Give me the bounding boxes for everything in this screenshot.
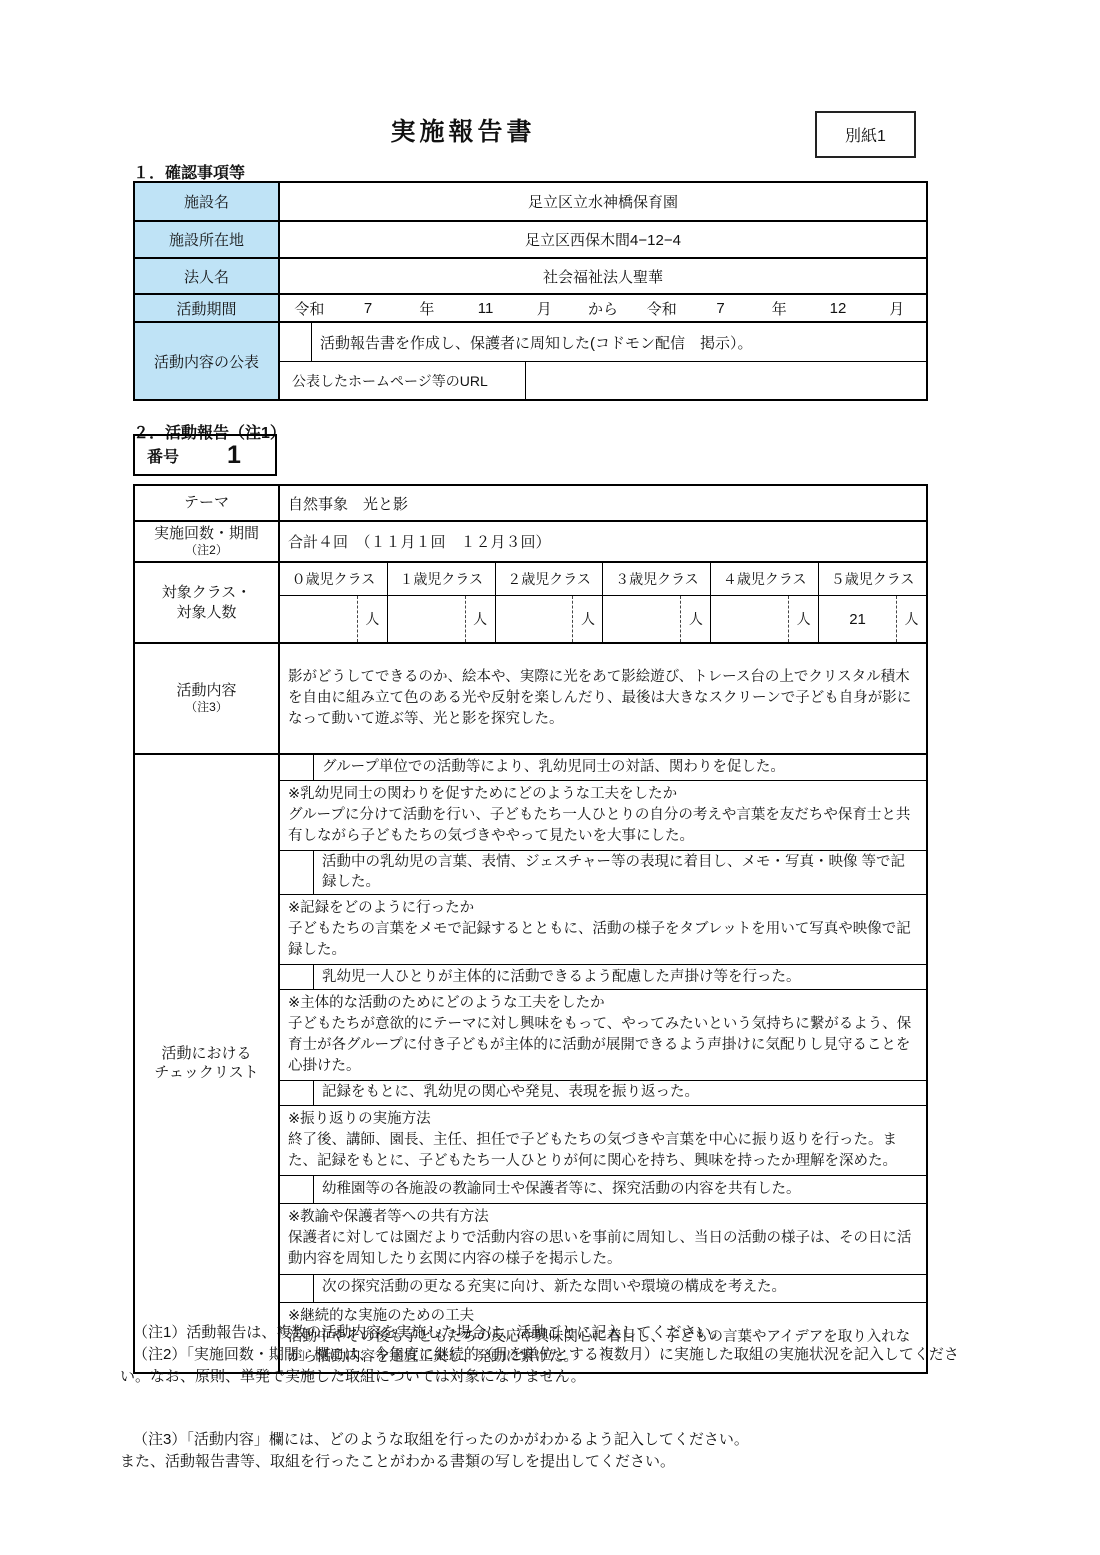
period-kara: から	[574, 298, 633, 319]
class-numbers-row: 人 人 人 人 人	[280, 595, 926, 642]
class-header-row: ０歳児クラス １歳児クラス ２歳児クラス ３歳児クラス ４歳児クラス ５歳児クラ…	[280, 563, 926, 595]
note-heading: ※教諭や保護者等への共有方法	[288, 1207, 918, 1228]
content-value: 影がどうしてできるのか、絵本や、実際に光をあて影絵遊び、トレース台の上でクリスタ…	[280, 644, 926, 753]
page-title: 実施報告書	[133, 112, 793, 148]
checklist-item-6: 次の探究活動の更なる充実に向け、新たな問いや環境の構成を考えた。	[280, 1274, 926, 1302]
checklist-item-5: 幼稚園等の各施設の教諭同士や保護者等に、探究活動の内容を共有した。	[280, 1175, 926, 1203]
section1-heading: １．確認事項等	[133, 160, 245, 183]
class-header-0: ０歳児クラス	[280, 563, 387, 595]
footnote-gap	[120, 1387, 985, 1429]
corporation-name-label: 法人名	[135, 259, 280, 293]
class-count-3	[603, 596, 680, 642]
count-value: 合計４回 （１１月１回 １２月３回）	[280, 522, 926, 561]
target-label: 対象クラス・ 対象人数	[135, 563, 280, 642]
publication-method-row: 活動報告書を作成し、保護者に周知した(コドモン配信 掲示）。	[280, 323, 926, 361]
note-body: グループに分けて活動を行い、子どもたち一人ひとりの自分の考えや言葉を友だちや保育…	[288, 805, 918, 846]
activity-period-label: 活動期間	[135, 295, 280, 321]
facility-name-value: 足立区立水神橋保育園	[280, 183, 926, 220]
activity-period-value: 令和 7 年 11 月 から 令和 7 年 12 月	[280, 295, 926, 321]
checklist-item-text: 記録をもとに、乳幼児の関心や発見、表現を振り返った。	[314, 1081, 926, 1105]
facility-address-row: 施設所在地 足立区西保木間4−12−4	[135, 220, 926, 257]
footnotes: （注1）活動報告は、複数の活動内容を実施した場合は、活動ごとに記入してください。…	[120, 1322, 985, 1473]
checklist-item-text: 幼稚園等の各施設の教諭同士や保護者等に、探究活動の内容を共有した。	[314, 1176, 926, 1203]
checklist-note-1: ※乳幼児同士の関わりを促すためにどのような工夫をしたか グループに分けて活動を行…	[280, 780, 926, 850]
corporation-name-row: 法人名 社会福祉法人聖華	[135, 257, 926, 293]
content-label-note: （注3）	[185, 700, 228, 716]
corporation-name-value: 社会福祉法人聖華	[280, 259, 926, 293]
class-count-1	[388, 596, 465, 642]
period-era-end: 令和	[632, 298, 691, 319]
publication-right: 活動報告書を作成し、保護者に周知した(コドモン配信 掲示）。 公表したホームペー…	[280, 323, 926, 399]
theme-value: 自然事象 光と影	[280, 486, 926, 520]
checklist-note-2: ※記録をどのように行ったか 子どもたちの言葉をメモで記録するとともに、活動の様子…	[280, 894, 926, 964]
checkbox-cell	[280, 965, 314, 989]
target-label-line1: 対象クラス・	[162, 583, 252, 603]
checkbox-cell	[280, 1176, 314, 1203]
publication-checkbox-cell	[280, 323, 312, 361]
note-body: 子どもたちの言葉をメモで記録するとともに、活動の様子をタブレットを用いて写真や映…	[288, 919, 918, 960]
publication-url-value	[526, 362, 926, 399]
publication-url-label: 公表したホームページ等のURL	[280, 362, 526, 399]
checklist-label-line2: チェックリスト	[154, 1063, 258, 1083]
note-body: 保護者に対しては園だよりで活動内容の思いを事前に周知し、当日の活動の様子は、その…	[288, 1228, 918, 1269]
facility-address-value: 足立区西保木間4−12−4	[280, 222, 926, 257]
checklist-item-3: 乳幼児一人ひとりが主体的に活動できるよう配慮した声掛け等を行った。	[280, 964, 926, 989]
footnote-3: （注3）「活動内容」欄には、どのような取組を行ったのかがわかるよう記入してくださ…	[120, 1429, 985, 1451]
checklist-item-text: グループ単位での活動等により、乳幼児同士の対話、関わりを促した。	[314, 755, 926, 780]
period-year-end: 7	[691, 300, 750, 317]
class-unit-2: 人	[572, 596, 602, 642]
note-heading: ※主体的な活動のためにどのような工夫をしたか	[288, 993, 918, 1014]
count-label: 実施回数・期間 （注2）	[135, 522, 280, 561]
class-count-4	[711, 596, 788, 642]
footnote-3b: また、活動報告書等、取組を行ったことがわかる書類の写しを提出してください。	[120, 1451, 985, 1473]
checklist-row: 活動における チェックリスト グループ単位での活動等により、乳幼児同士の対話、関…	[135, 753, 926, 1372]
facility-name-row: 施設名 足立区立水神橋保育園	[135, 183, 926, 220]
target-grid: ０歳児クラス １歳児クラス ２歳児クラス ３歳児クラス ４歳児クラス ５歳児クラ…	[280, 563, 926, 642]
facility-name-label: 施設名	[135, 183, 280, 220]
period-year-start: 7	[339, 300, 398, 317]
class-header-3: ３歳児クラス	[602, 563, 710, 595]
class-count-cell-4: 人	[710, 596, 818, 642]
checklist-item-2: 活動中の乳幼児の言葉、表情、ジェスチャー等の表現に着目し、メモ・写真・映像 等で…	[280, 850, 926, 894]
period-era-start: 令和	[280, 298, 339, 319]
period-month-unit-start: 月	[515, 298, 574, 319]
publication-row: 活動内容の公表 活動報告書を作成し、保護者に周知した(コドモン配信 掲示）。 公…	[135, 321, 926, 399]
period-year-unit-start: 年	[397, 298, 456, 319]
theme-label: テーマ	[135, 486, 280, 520]
class-header-2: ２歳児クラス	[495, 563, 603, 595]
class-count-cell-3: 人	[602, 596, 710, 642]
note-body: 子どもたちが意欲的にテーマに対し興味をもって、やってみたいという気持ちに繋がるよ…	[288, 1014, 918, 1076]
note-heading: ※乳幼児同士の関わりを促すためにどのような工夫をしたか	[288, 784, 918, 805]
confirmation-table: 施設名 足立区立水神橋保育園 施設所在地 足立区西保木間4−12−4 法人名 社…	[133, 181, 928, 401]
checkbox-cell	[280, 1081, 314, 1105]
content-row: 活動内容 （注3） 影がどうしてできるのか、絵本や、実際に光をあて影絵遊び、トレ…	[135, 642, 926, 753]
checklist-item-text: 活動中の乳幼児の言葉、表情、ジェスチャー等の表現に着目し、メモ・写真・映像 等で…	[314, 851, 926, 894]
class-count-0	[280, 596, 357, 642]
count-label-note: （注2）	[185, 543, 228, 559]
class-header-5: ５歳児クラス	[818, 563, 926, 595]
checklist-item-text: 次の探究活動の更なる充実に向け、新たな問いや環境の構成を考えた。	[314, 1275, 926, 1302]
note-heading: ※振り返りの実施方法	[288, 1109, 918, 1130]
attachment-tag-box: 別紙1	[815, 111, 916, 158]
class-unit-5: 人	[896, 596, 926, 642]
footnote-1: （注1）活動報告は、複数の活動内容を実施した場合は、活動ごとに記入してください。	[120, 1322, 985, 1344]
report-page: 実施報告書 別紙1 １．確認事項等 施設名 足立区立水神橋保育園 施設所在地 足…	[0, 0, 1100, 1555]
number-box: 番号 1	[133, 434, 277, 476]
class-header-4: ４歳児クラス	[710, 563, 818, 595]
period-year-unit-end: 年	[750, 298, 809, 319]
checklist-item-text: 乳幼児一人ひとりが主体的に活動できるよう配慮した声掛け等を行った。	[314, 965, 926, 989]
number-label: 番号	[147, 444, 179, 467]
note-body: 終了後、講師、園長、主任、担任で子どもたちの気づきや言葉を中心に振り返りを行った…	[288, 1130, 918, 1171]
period-month-start: 11	[456, 300, 515, 317]
note-heading: ※記録をどのように行ったか	[288, 898, 918, 919]
target-label-line2: 対象人数	[176, 603, 236, 623]
count-row: 実施回数・期間 （注2） 合計４回 （１１月１回 １２月３回）	[135, 520, 926, 561]
class-count-cell-2: 人	[495, 596, 603, 642]
class-header-1: １歳児クラス	[387, 563, 495, 595]
class-unit-1: 人	[465, 596, 495, 642]
checkbox-cell	[280, 851, 314, 894]
checklist-label-line1: 活動における	[161, 1044, 251, 1064]
footnote-2: （注2）「実施回数・期間」欄には、今年度に継続的（月を単位とする複数月）に実施し…	[120, 1344, 985, 1388]
class-count-5: 21	[819, 596, 896, 642]
checkbox-cell	[280, 755, 314, 780]
content-label: 活動内容 （注3）	[135, 644, 280, 753]
period-month-end: 12	[809, 300, 868, 317]
checklist-note-4: ※振り返りの実施方法 終了後、講師、園長、主任、担任で子どもたちの気づきや言葉を…	[280, 1105, 926, 1175]
activity-report-table: テーマ 自然事象 光と影 実施回数・期間 （注2） 合計４回 （１１月１回 １２…	[133, 484, 928, 1374]
activity-period-row: 活動期間 令和 7 年 11 月 から 令和 7 年 12 月	[135, 293, 926, 321]
content-label-main: 活動内容	[176, 681, 236, 701]
class-count-cell-0: 人	[280, 596, 387, 642]
checklist-note-5: ※教諭や保護者等への共有方法 保護者に対しては園だよりで活動内容の思いを事前に周…	[280, 1203, 926, 1273]
number-value: 1	[227, 441, 241, 470]
publication-url-row: 公表したホームページ等のURL	[280, 361, 926, 399]
target-row: 対象クラス・ 対象人数 ０歳児クラス １歳児クラス ２歳児クラス ３歳児クラス …	[135, 561, 926, 642]
class-count-cell-5: 21 人	[818, 596, 926, 642]
facility-address-label: 施設所在地	[135, 222, 280, 257]
theme-row: テーマ 自然事象 光と影	[135, 486, 926, 520]
period-month-unit-end: 月	[867, 298, 926, 319]
class-unit-3: 人	[680, 596, 710, 642]
publication-method-text: 活動報告書を作成し、保護者に周知した(コドモン配信 掲示）。	[312, 323, 926, 361]
checklist-item-4: 記録をもとに、乳幼児の関心や発見、表現を振り返った。	[280, 1080, 926, 1105]
checklist-label: 活動における チェックリスト	[135, 755, 280, 1372]
checkbox-cell	[280, 1275, 314, 1302]
checklist-items: グループ単位での活動等により、乳幼児同士の対話、関わりを促した。 ※乳幼児同士の…	[280, 755, 926, 1372]
checklist-item-1: グループ単位での活動等により、乳幼児同士の対話、関わりを促した。	[280, 755, 926, 780]
class-unit-0: 人	[357, 596, 387, 642]
checklist-note-3: ※主体的な活動のためにどのような工夫をしたか 子どもたちが意欲的にテーマに対し興…	[280, 989, 926, 1080]
class-count-cell-1: 人	[387, 596, 495, 642]
class-count-2	[496, 596, 573, 642]
count-label-main: 実施回数・期間	[154, 524, 259, 544]
publication-label: 活動内容の公表	[135, 323, 280, 399]
attachment-tag-label: 別紙1	[845, 123, 886, 146]
class-unit-4: 人	[788, 596, 818, 642]
